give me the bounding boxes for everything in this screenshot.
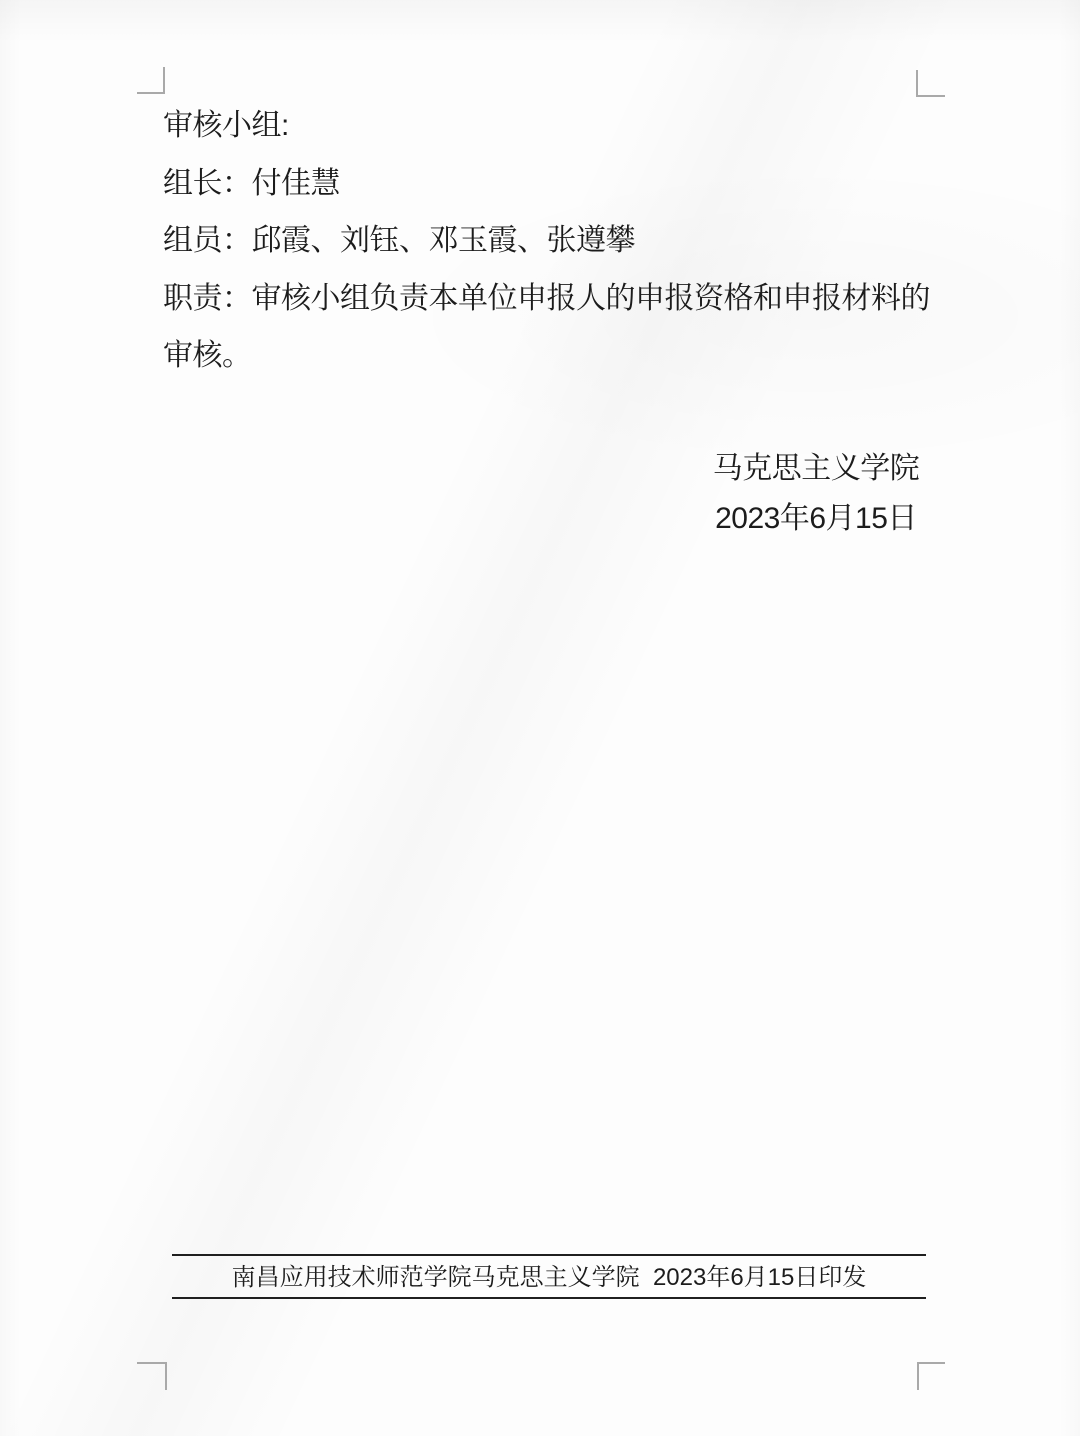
text-boundary-mark-top-left-icon — [137, 67, 165, 94]
text-boundary-mark-bottom-right-icon — [917, 1362, 945, 1390]
team-leader-line: 组长：付佳慧 — [163, 155, 923, 213]
review-team-heading: 审核小组: — [163, 97, 923, 155]
signature-block: 马克思主义学院 2023年6月15日 — [660, 444, 972, 544]
document-body: 审核小组: 组长：付佳慧 组员：邱霞、刘钰、邓玉霞、张遵攀 职责：审核小组负责本… — [163, 97, 923, 385]
duties-line-2: 审核。 — [163, 327, 923, 385]
footer-imprint-text: 南昌应用技术师范学院马克思主义学院 2023年6月15日印发 — [172, 1259, 926, 1297]
footer-imprint-box: 南昌应用技术师范学院马克思主义学院 2023年6月15日印发 — [172, 1254, 926, 1299]
team-members-line: 组员：邱霞、刘钰、邓玉霞、张遵攀 — [163, 212, 923, 270]
text-boundary-mark-top-right-icon — [916, 70, 945, 97]
text-boundary-mark-bottom-left-icon — [137, 1362, 167, 1390]
signature-organization: 马克思主义学院 — [660, 444, 972, 494]
duties-line-1: 职责：审核小组负责本单位申报人的申报资格和申报材料的 — [163, 270, 923, 328]
signature-date: 2023年6月15日 — [660, 494, 972, 544]
document-page: 审核小组: 组长：付佳慧 组员：邱霞、刘钰、邓玉霞、张遵攀 职责：审核小组负责本… — [0, 0, 1080, 1436]
